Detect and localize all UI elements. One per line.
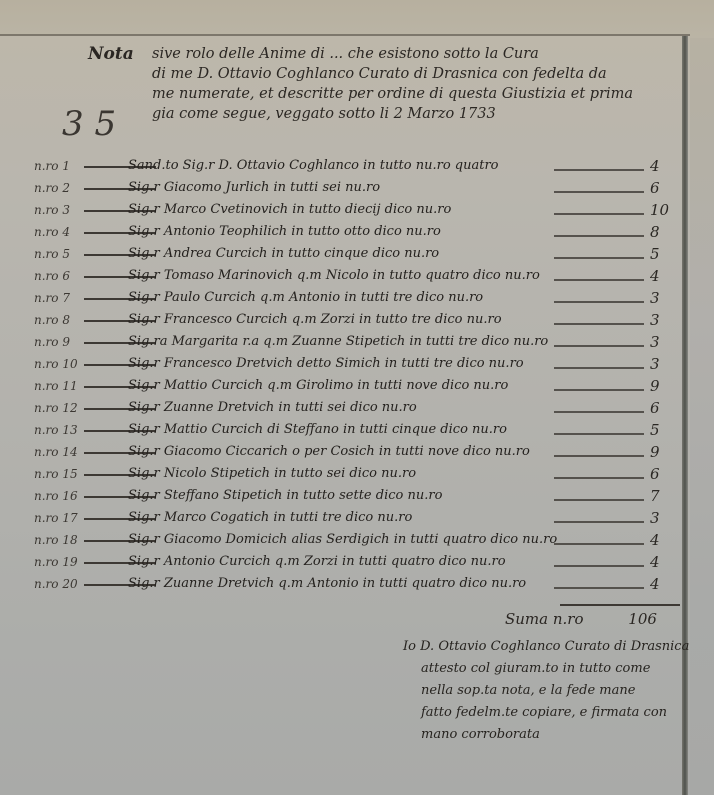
entry-row: n.ro 1Sand.to Sig.r D. Ottavio Coghlanco… <box>34 155 686 177</box>
entry-row: n.ro 2Sig.r Giacomo Jurlich in tutti sei… <box>34 177 686 199</box>
entry-leader-line <box>554 169 644 171</box>
entry-number: n.ro 11 <box>34 375 84 397</box>
header-line: gia come segue, veggato sotto li 2 Marzo… <box>152 104 678 124</box>
attestation-line: mano corroborata <box>403 724 688 746</box>
entry-household: Sig.r Zuanne Dretvich in tutti sei dico … <box>128 397 417 419</box>
entry-household: Sig.r Tomaso Marinovich q.m Nicolo in tu… <box>128 265 540 287</box>
entry-leader-line <box>554 323 644 325</box>
entry-count: 6 <box>650 463 680 485</box>
attestation-block: Io D. Ottavio Coghlanco Curato di Drasni… <box>403 636 688 746</box>
entry-leader-line <box>554 477 644 479</box>
entry-leader-line <box>554 499 644 501</box>
entry-leader-line <box>554 345 644 347</box>
entry-row: n.ro 11Sig.r Mattio Curcich q.m Girolimo… <box>34 375 686 397</box>
entry-household: Sig.r Paulo Curcich q.m Antonio in tutti… <box>128 287 483 309</box>
entry-household: Sig.r Mattio Curcich q.m Girolimo in tut… <box>128 375 508 397</box>
entry-count: 3 <box>650 309 680 331</box>
entry-row: n.ro 7Sig.r Paulo Curcich q.m Antonio in… <box>34 287 686 309</box>
total-value: 106 <box>628 610 657 628</box>
entry-row: n.ro 20Sig.r Zuanne Dretvich q.m Antonio… <box>34 573 686 595</box>
entry-number: n.ro 6 <box>34 265 84 287</box>
entry-count: 3 <box>650 507 680 529</box>
entry-row: n.ro 12Sig.r Zuanne Dretvich in tutti se… <box>34 397 686 419</box>
entry-number: n.ro 13 <box>34 419 84 441</box>
total-line: Suma n.ro 106 <box>505 610 657 628</box>
entry-number: n.ro 5 <box>34 243 84 265</box>
entry-row: n.ro 9Sig.ra Margarita r.a q.m Zuanne St… <box>34 331 686 353</box>
entry-row: n.ro 17Sig.r Marco Cogatich in tutti tre… <box>34 507 686 529</box>
entry-row: n.ro 5Sig.r Andrea Curcich in tutto cinq… <box>34 243 686 265</box>
entry-row: n.ro 13Sig.r Mattio Curcich di Steffano … <box>34 419 686 441</box>
entry-count: 4 <box>650 573 680 595</box>
entry-leader-line <box>554 565 644 567</box>
attestation-line: attesto col giuram.to in tutto come <box>403 658 688 680</box>
entry-household: Sig.r Giacomo Ciccarich o per Cosich in … <box>128 441 530 463</box>
entry-number: n.ro 9 <box>34 331 84 353</box>
entry-leader-line <box>554 455 644 457</box>
document-header: Nota sive rolo delle Anime di ... che es… <box>88 44 678 124</box>
entry-count: 8 <box>650 221 680 243</box>
total-label: Suma n.ro <box>505 610 584 628</box>
entry-count: 10 <box>650 199 680 221</box>
entry-count: 9 <box>650 441 680 463</box>
entry-number: n.ro 10 <box>34 353 84 375</box>
background-surface <box>0 0 714 38</box>
entry-number: n.ro 18 <box>34 529 84 551</box>
entry-leader-line <box>554 411 644 413</box>
entry-household: Sig.r Steffano Stipetich in tutto sette … <box>128 485 442 507</box>
attestation-line: Io D. Ottavio Coghlanco Curato di Drasni… <box>403 636 688 658</box>
entry-count: 9 <box>650 375 680 397</box>
entry-number: n.ro 7 <box>34 287 84 309</box>
entry-household: Sig.r Marco Cogatich in tutti tre dico n… <box>128 507 412 529</box>
entry-leader-line <box>554 301 644 303</box>
margin-mark: 3 5 <box>62 104 116 144</box>
entry-leader-line <box>554 257 644 259</box>
entry-leader-line <box>554 213 644 215</box>
entry-household: Sig.r Giacomo Domicich alias Serdigich i… <box>128 529 557 551</box>
entry-number: n.ro 4 <box>34 221 84 243</box>
entry-number: n.ro 20 <box>34 573 84 595</box>
entry-count: 3 <box>650 331 680 353</box>
entry-row: n.ro 18Sig.r Giacomo Domicich alias Serd… <box>34 529 686 551</box>
header-line: sive rolo delle Anime di ... che esiston… <box>152 44 678 64</box>
entry-count: 4 <box>650 155 680 177</box>
entry-number: n.ro 8 <box>34 309 84 331</box>
entry-household: Sig.r Nicolo Stipetich in tutto sei dico… <box>128 463 416 485</box>
entry-leader-line <box>554 521 644 523</box>
entry-leader-line <box>554 543 644 545</box>
entry-row: n.ro 8Sig.r Francesco Curcich q.m Zorzi … <box>34 309 686 331</box>
entry-number: n.ro 16 <box>34 485 84 507</box>
entry-household: Sig.r Mattio Curcich di Steffano in tutt… <box>128 419 507 441</box>
entry-number: n.ro 17 <box>34 507 84 529</box>
entry-count: 3 <box>650 353 680 375</box>
entry-number: n.ro 2 <box>34 177 84 199</box>
entry-number: n.ro 15 <box>34 463 84 485</box>
header-line: di me D. Ottavio Coghlanco Curato di Dra… <box>152 64 678 84</box>
header-line: me numerate, et descritte per ordine di … <box>152 84 678 104</box>
entry-count: 7 <box>650 485 680 507</box>
entry-leader-line <box>554 235 644 237</box>
entry-household: Sig.r Marco Cvetinovich in tutto diecij … <box>128 199 451 221</box>
entry-household: Sig.r Antonio Teophilich in tutto otto d… <box>128 221 441 243</box>
entry-number: n.ro 1 <box>34 155 84 177</box>
entry-count: 4 <box>650 551 680 573</box>
entry-row: n.ro 6Sig.r Tomaso Marinovich q.m Nicolo… <box>34 265 686 287</box>
entry-row: n.ro 10Sig.r Francesco Dretvich detto Si… <box>34 353 686 375</box>
entry-leader-line <box>554 433 644 435</box>
entry-row: n.ro 19Sig.r Antonio Curcich q.m Zorzi i… <box>34 551 686 573</box>
entry-row: n.ro 15Sig.r Nicolo Stipetich in tutto s… <box>34 463 686 485</box>
entry-household: Sig.r Andrea Curcich in tutto cinque dic… <box>128 243 439 265</box>
entry-leader-line <box>554 587 644 589</box>
attestation-line: fatto fedelm.te copiare, e firmata con <box>403 702 688 724</box>
entry-household: Sand.to Sig.r D. Ottavio Coghlanco in tu… <box>128 155 499 177</box>
entry-count: 6 <box>650 397 680 419</box>
entry-count: 4 <box>650 265 680 287</box>
entry-count: 4 <box>650 529 680 551</box>
entry-number: n.ro 14 <box>34 441 84 463</box>
entry-number: n.ro 19 <box>34 551 84 573</box>
entry-row: n.ro 16Sig.r Steffano Stipetich in tutto… <box>34 485 686 507</box>
entry-row: n.ro 3Sig.r Marco Cvetinovich in tutto d… <box>34 199 686 221</box>
entry-leader-line <box>554 279 644 281</box>
entry-household: Sig.r Giacomo Jurlich in tutti sei nu.ro <box>128 177 380 199</box>
entry-household: Sig.r Francesco Curcich q.m Zorzi in tut… <box>128 309 502 331</box>
entry-count: 5 <box>650 243 680 265</box>
total-rule <box>560 604 680 606</box>
entry-count: 5 <box>650 419 680 441</box>
entry-household: Sig.r Francesco Dretvich detto Simich in… <box>128 353 524 375</box>
header-nota: Nota <box>88 44 134 64</box>
entry-count: 3 <box>650 287 680 309</box>
entry-row: n.ro 14Sig.r Giacomo Ciccarich o per Cos… <box>34 441 686 463</box>
entry-count: 6 <box>650 177 680 199</box>
entry-number: n.ro 3 <box>34 199 84 221</box>
entry-row: n.ro 4Sig.r Antonio Teophilich in tutto … <box>34 221 686 243</box>
entry-leader-line <box>554 389 644 391</box>
entry-household: Sig.r Zuanne Dretvich q.m Antonio in tut… <box>128 573 526 595</box>
entry-household: Sig.ra Margarita r.a q.m Zuanne Stipetic… <box>128 331 548 353</box>
attestation-line: nella sop.ta nota, e la fede mane <box>403 680 688 702</box>
entry-number: n.ro 12 <box>34 397 84 419</box>
entry-leader-line <box>554 367 644 369</box>
entry-household: Sig.r Antonio Curcich q.m Zorzi in tutti… <box>128 551 506 573</box>
entry-leader-line <box>554 191 644 193</box>
